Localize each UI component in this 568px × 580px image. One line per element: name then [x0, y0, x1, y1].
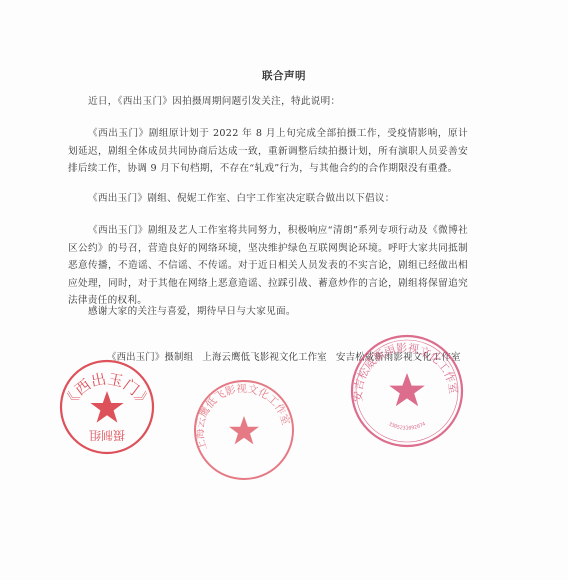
document-page: 联合声明 近日，《西出玉门》因拍摄周期问题引发关注，特此说明： 《西出玉门》剧组… — [0, 0, 568, 580]
songwei-studio-seal-stamp: 安吉松威新雨影视文化工作室 3305231092074 — [347, 333, 467, 453]
svg-text:3305231092074: 3305231092074 — [387, 421, 426, 431]
yunying-studio-seal-stamp: 上海云鹰低飞影视文化工作室 — [192, 378, 296, 482]
seal-serial-number: 3305231092074 — [387, 421, 426, 431]
star-icon — [90, 391, 123, 423]
signatory-yunying-studio: 上海云鹰低飞影视文化工作室 — [202, 352, 326, 363]
seal-ring-text: 上海云鹰低飞影视文化工作室 — [193, 382, 293, 452]
seal-bottom-text: 摄制组 — [89, 428, 125, 443]
document-title: 联合声明 — [0, 68, 568, 83]
star-icon — [389, 373, 425, 406]
paragraph-thanks: 感谢大家的关注与喜爱，期待早日与大家见面。 — [68, 303, 468, 321]
paragraph-schedule: 《西出玉门》剧组原计划于 2022 年 8 月上旬完成全部拍摄工作，受疫情影响，… — [68, 125, 468, 178]
crew-seal-stamp: 《西出玉门》 摄制组 — [57, 357, 157, 457]
paragraph-intro: 近日，《西出玉门》因拍摄周期问题引发关注，特此说明： — [68, 93, 468, 111]
svg-text:上海云鹰低飞影视文化工作室: 上海云鹰低飞影视文化工作室 — [193, 382, 293, 452]
paragraph-initiative: 《西出玉门》剧组及艺人工作室将共同努力，积极响应“清朗”系列专项行动及《微博社区… — [68, 222, 468, 310]
star-icon — [229, 416, 259, 444]
paragraph-initiative-intro: 《西出玉门》剧组、倪妮工作室、白宇工作室决定联合做出以下倡议： — [68, 190, 468, 208]
